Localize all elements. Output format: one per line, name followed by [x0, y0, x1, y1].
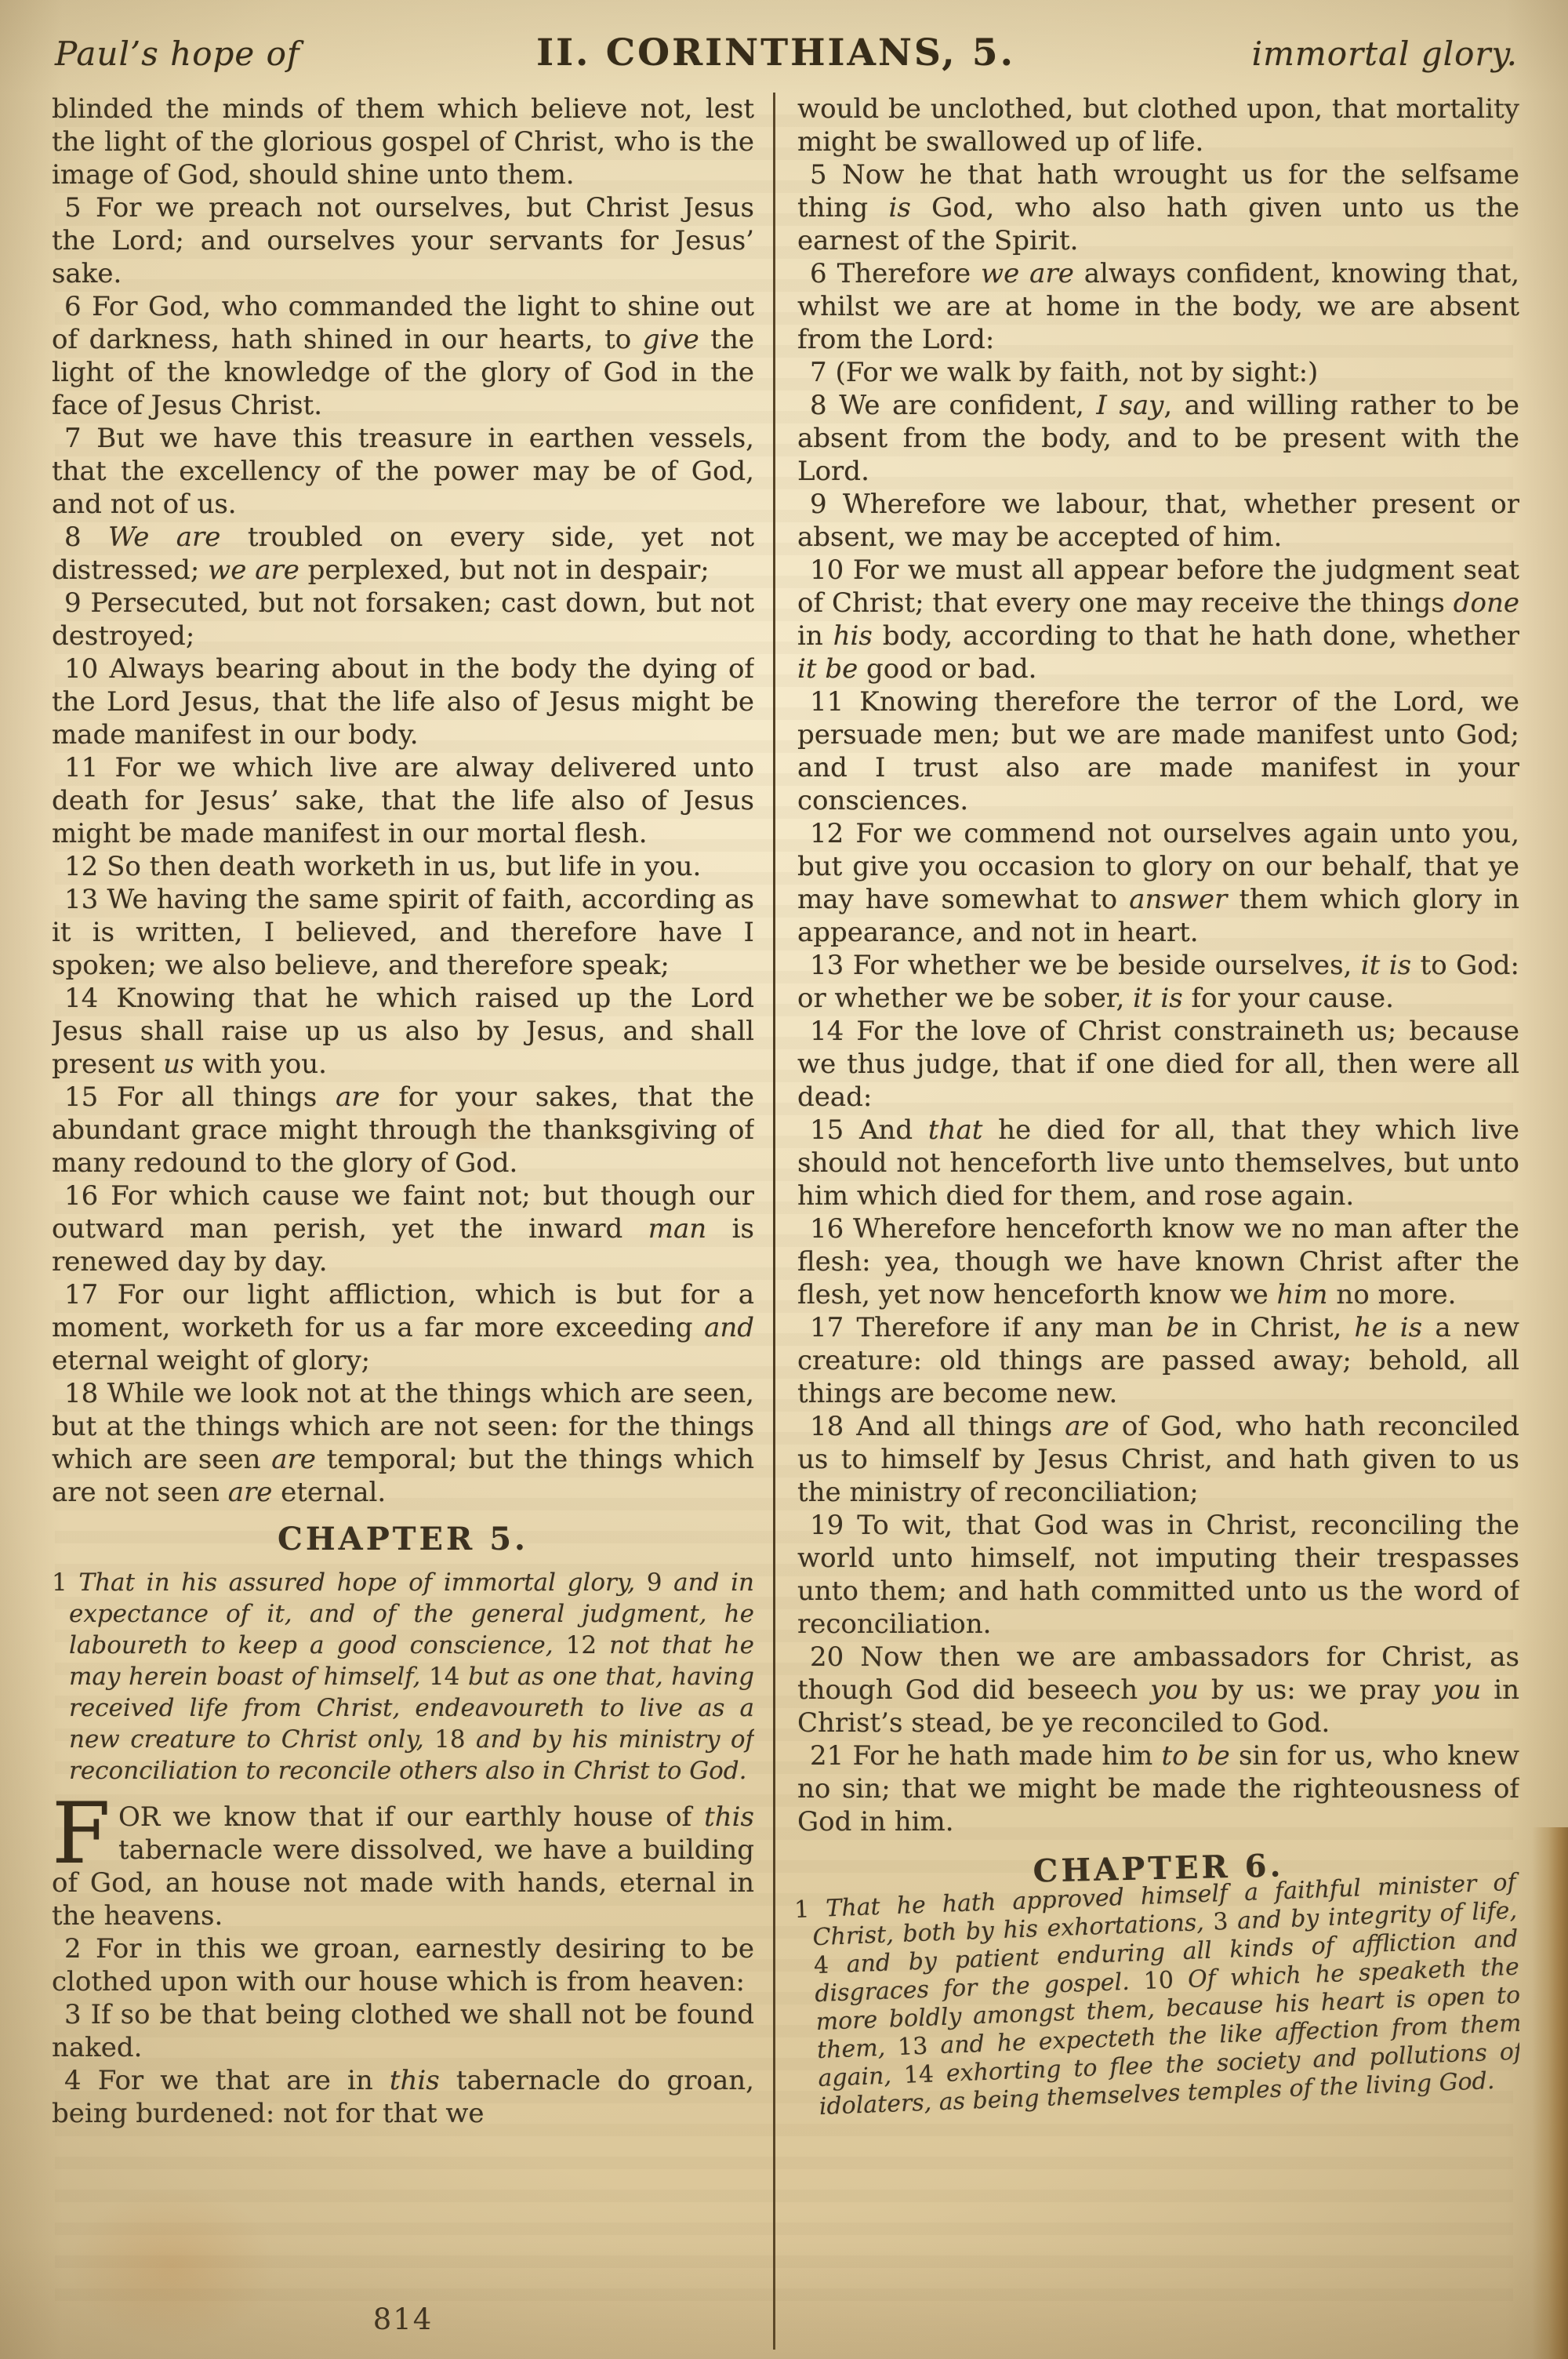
continuation-paragraph: would be unclothed, but clothed upon, th… [797, 93, 1519, 158]
verse-paragraph: 16 Wherefore henceforth know we no man a… [797, 1212, 1519, 1311]
dropcap-paragraph: FOR we know that if our earthly house of… [52, 1801, 754, 1932]
verse-paragraph: 10 Always bearing about in the body the … [52, 652, 754, 751]
verse-paragraph: 19 To wit, that God was in Christ, recon… [797, 1509, 1519, 1641]
verse-paragraph: 11 For we which live are alway delivered… [52, 751, 754, 850]
verse-paragraph: 14 Knowing that he which raised up the L… [52, 982, 754, 1081]
chapter-summary: 1 That in his assured hope of immortal g… [52, 1567, 754, 1787]
verse-paragraph: 17 Therefore if any man be in Christ, he… [797, 1311, 1519, 1410]
chapter-heading: CHAPTER 5. [52, 1523, 754, 1556]
chapter-summary: 1 That he hath approved himself a faithf… [794, 1869, 1519, 2122]
verse-paragraph: 8 We are confident, I say, and willing r… [797, 389, 1519, 488]
verse-paragraph: 5 For we preach not ourselves, but Chris… [52, 191, 754, 290]
verse-paragraph: 15 And that he died for all, that they w… [797, 1114, 1519, 1212]
verse-paragraph: 6 For God, who commanded the light to sh… [52, 290, 754, 422]
verse-paragraph: 3 If so be that being clothed we shall n… [52, 1998, 754, 2064]
running-header-left: Paul’s hope of [55, 35, 299, 73]
verse-paragraph: 15 For all things are for your sakes, th… [52, 1081, 754, 1179]
verse-paragraph: 9 Persecuted, but not forsaken; cast dow… [52, 587, 754, 652]
verse-paragraph: 16 For which cause we faint not; but tho… [52, 1179, 754, 1278]
page-number: 814 [52, 2303, 754, 2336]
verse-paragraph: 13 For whether we be beside ourselves, i… [797, 949, 1519, 1015]
verse-paragraph: 4 For we that are in this tabernacle do … [52, 2064, 754, 2130]
verse-paragraph: 9 Wherefore we labour, that, whether pre… [797, 488, 1519, 554]
verse-paragraph: 5 Now he that hath wrought us for the se… [797, 158, 1519, 257]
running-header: Paul’s hope of II. CORINTHIANS, 5. immor… [55, 31, 1518, 75]
verse-paragraph: 18 And all things are of God, who hath r… [797, 1410, 1519, 1509]
bible-page-scan: Paul’s hope of II. CORINTHIANS, 5. immor… [0, 0, 1568, 2359]
verse-paragraph: 2 For in this we groan, earnestly desiri… [52, 1932, 754, 1998]
verse-paragraph: 7 But we have this treasure in earthen v… [52, 422, 754, 521]
right-column: would be unclothed, but clothed upon, th… [775, 93, 1519, 2351]
verse-paragraph: 17 For our light affliction, which is bu… [52, 1278, 754, 1377]
verse-paragraph: 14 For the love of Christ constraineth u… [797, 1015, 1519, 1114]
book-fore-edge-shadow [1532, 1827, 1568, 2359]
verse-paragraph: 12 For we commend not ourselves again un… [797, 817, 1519, 949]
left-column: blinded the minds of them which believe … [52, 93, 754, 2351]
verse-paragraph: 8 We are troubled on every side, yet not… [52, 521, 754, 587]
verse-paragraph: 11 Knowing therefore the terror of the L… [797, 685, 1519, 817]
verse-paragraph: 20 Now then we are ambassadors for Chris… [797, 1641, 1519, 1739]
drop-cap-letter: F [52, 1801, 118, 1866]
verse-paragraph: 13 We having the same spirit of faith, a… [52, 883, 754, 982]
running-header-right: immortal glory. [1252, 35, 1518, 73]
verse-paragraph: 10 For we must all appear before the jud… [797, 554, 1519, 685]
verse-paragraph: 6 Therefore we are always confident, kno… [797, 257, 1519, 356]
running-header-title: II. CORINTHIANS, 5. [536, 31, 1015, 75]
verse-paragraph: 12 So then death worketh in us, but life… [52, 850, 754, 883]
verse-paragraph: 21 For he hath made him to be sin for us… [797, 1739, 1519, 1838]
verse-paragraph: 7 (For we walk by faith, not by sight:) [797, 356, 1519, 389]
continuation-paragraph: blinded the minds of them which believe … [52, 93, 754, 191]
verse-paragraph: 18 While we look not at the things which… [52, 1377, 754, 1509]
text-columns: blinded the minds of them which believe … [52, 93, 1519, 2351]
